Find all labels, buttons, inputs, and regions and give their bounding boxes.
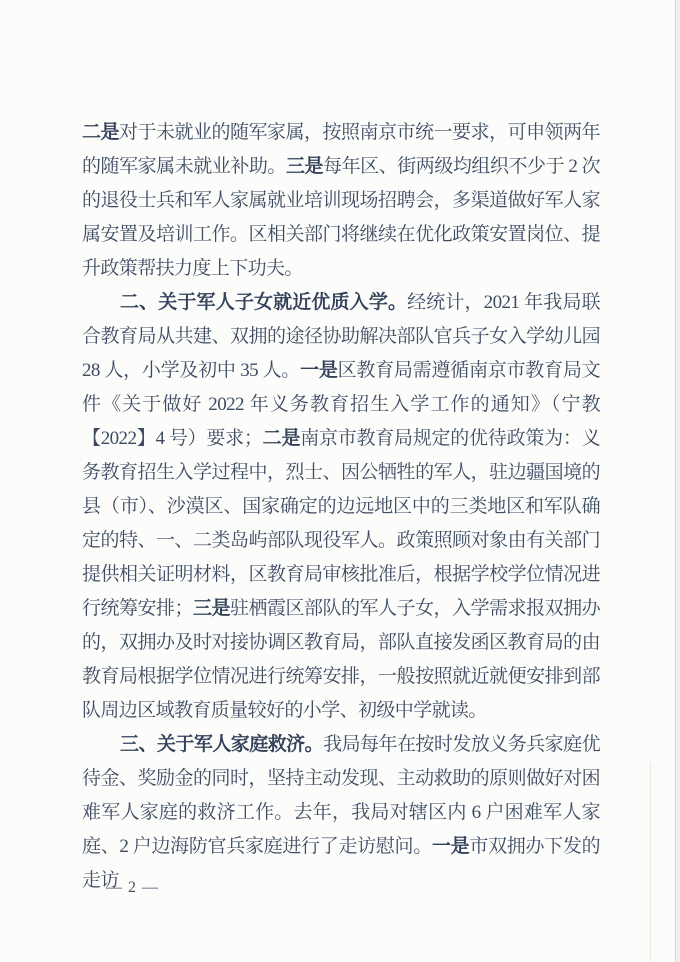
bold-run: 三是 bbox=[193, 598, 230, 619]
scanned-document-page: 二是对于未就业的随军家属，按照南京市统一要求，可申领两年的随军家属未就业补助。三… bbox=[0, 0, 680, 962]
bold-run: 二是 bbox=[82, 122, 119, 143]
scan-edge-strip bbox=[676, 0, 680, 962]
text-run: 南京市教育局规定的优待政策为：义务教育招生入学过程中，烈士、因公牺牲的军人，驻边… bbox=[82, 428, 600, 619]
page-number: — 2 — bbox=[106, 878, 159, 898]
bold-run: 二、关于军人子女就近优质入学。 bbox=[120, 292, 407, 313]
bold-run: 一是 bbox=[300, 360, 338, 381]
bold-run: 一是 bbox=[432, 836, 469, 857]
bold-run: 三是 bbox=[286, 156, 323, 177]
scan-fold-line bbox=[650, 762, 651, 962]
document-body: 二是对于未就业的随军家属，按照南京市统一要求，可申领两年的随军家属未就业补助。三… bbox=[82, 116, 600, 898]
paragraph: 二、关于军人子女就近优质入学。经统计，2021 年我局联合教育局从共建、双拥的途… bbox=[82, 286, 600, 728]
bold-run: 二是 bbox=[262, 428, 300, 449]
paragraph: 三、关于军人家庭救济。我局每年在按时发放义务兵家庭优待金、奖励金的同时，坚持主动… bbox=[82, 728, 600, 898]
bold-run: 三、关于军人家庭救济。 bbox=[120, 734, 323, 755]
paragraph: 二是对于未就业的随军家属，按照南京市统一要求，可申领两年的随军家属未就业补助。三… bbox=[82, 116, 600, 286]
